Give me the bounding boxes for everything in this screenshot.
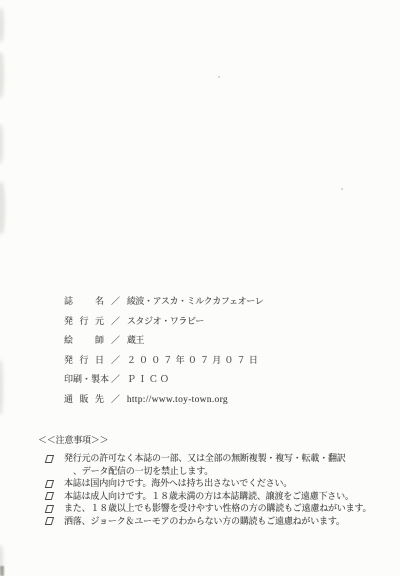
checkbox-icon	[45, 505, 54, 513]
notice-item: 洒落、ジョーク＆ユーモアのわからない方の購読もご遠慮ねがいます。	[38, 515, 371, 528]
colophon-separator: ／	[111, 370, 120, 390]
colophon-label: 印刷・製本	[64, 370, 104, 390]
colophon-row-date: 発行日／２００７年０７月０７日	[64, 351, 263, 371]
colophon-label: 通販先	[64, 390, 104, 410]
scan-smudge	[0, 124, 3, 164]
notice-text: また、１８歳以上でも影響を受けやすい性格の方の購読もご遠慮ねがいます。	[64, 502, 371, 515]
notice-text: 本誌は国内向けです。海外へは持ち出さないでください。	[64, 477, 371, 490]
colophon-row-shop-url: 通販先／http://www.toy-town.org	[64, 390, 263, 410]
colophon-value-publisher: スタジオ・ワラビー	[127, 316, 204, 326]
notice-text-continuation: 、データ配信の一切を禁止します。	[73, 465, 371, 478]
notice-item: 本誌は国内向けです。海外へは持ち出さないでください。	[38, 477, 371, 490]
colophon-value-shop-url: http://www.toy-town.org	[127, 395, 228, 405]
colophon-row-publisher: 発行元／スタジオ・ワラビー	[64, 312, 263, 332]
notices-section: ＜＜注意事項＞＞ 発行元の許可なく本誌の一部、又は全部の無断複製・複写・転載・翻…	[38, 434, 371, 527]
colophon-value-printer: ＰＩＣＯ	[127, 374, 171, 384]
colophon-separator: ／	[111, 312, 120, 332]
scan-speck	[0, 566, 4, 576]
colophon-separator: ／	[111, 292, 120, 312]
notice-text: 本誌は成人向けです。１８歳未満の方は本誌購読、譲渡をご遠慮下さい。	[64, 490, 371, 503]
colophon-label: 発行元	[64, 312, 104, 332]
colophon-label: 絵師	[64, 331, 104, 351]
notice-item: また、１８歳以上でも影響を受けやすい性格の方の購読もご遠慮ねがいます。	[38, 502, 371, 515]
scan-smudge	[0, 52, 4, 98]
colophon-block: 誌名／綾波・アスカ・ミルクカフェオーレ 発行元／スタジオ・ワラビー 絵師／蔵王 …	[64, 292, 263, 409]
notice-text: 発行元の許可なく本誌の一部、又は全部の無断複製・複写・転載・翻訳	[64, 452, 371, 465]
scan-smudge	[0, 182, 5, 234]
scan-smudge	[0, 8, 4, 42]
colophon-separator: ／	[111, 390, 120, 410]
notices-header: ＜＜注意事項＞＞	[38, 434, 371, 446]
checkbox-icon	[45, 480, 54, 488]
scan-speck	[218, 76, 220, 78]
scanned-colophon-page: 誌名／綾波・アスカ・ミルクカフェオーレ 発行元／スタジオ・ワラビー 絵師／蔵王 …	[0, 0, 400, 576]
scan-speck	[341, 188, 343, 190]
checkbox-icon	[45, 455, 54, 463]
notices-list: 発行元の許可なく本誌の一部、又は全部の無断複製・複写・転載・翻訳 、データ配信の…	[38, 452, 371, 527]
colophon-value-date: ２００７年０７月０７日	[127, 355, 261, 365]
notice-item: 本誌は成人向けです。１８歳未満の方は本誌購読、譲渡をご遠慮下さい。	[38, 490, 371, 503]
scan-smudge	[0, 360, 3, 415]
checkbox-icon	[45, 492, 54, 500]
colophon-label: 誌名	[64, 292, 104, 312]
colophon-label: 発行日	[64, 351, 104, 371]
colophon-value-artist: 蔵王	[127, 335, 144, 345]
colophon-separator: ／	[111, 331, 120, 351]
colophon-separator: ／	[111, 351, 120, 371]
colophon-row-printer: 印刷・製本／ＰＩＣＯ	[64, 370, 263, 390]
checkbox-icon	[45, 517, 54, 525]
notice-item: 発行元の許可なく本誌の一部、又は全部の無断複製・複写・転載・翻訳 、データ配信の…	[38, 452, 371, 477]
colophon-row-title: 誌名／綾波・アスカ・ミルクカフェオーレ	[64, 292, 263, 312]
colophon-row-artist: 絵師／蔵王	[64, 331, 263, 351]
notice-text: 洒落、ジョーク＆ユーモアのわからない方の購読もご遠慮ねがいます。	[64, 515, 371, 528]
colophon-value-title: 綾波・アスカ・ミルクカフェオーレ	[127, 296, 263, 306]
